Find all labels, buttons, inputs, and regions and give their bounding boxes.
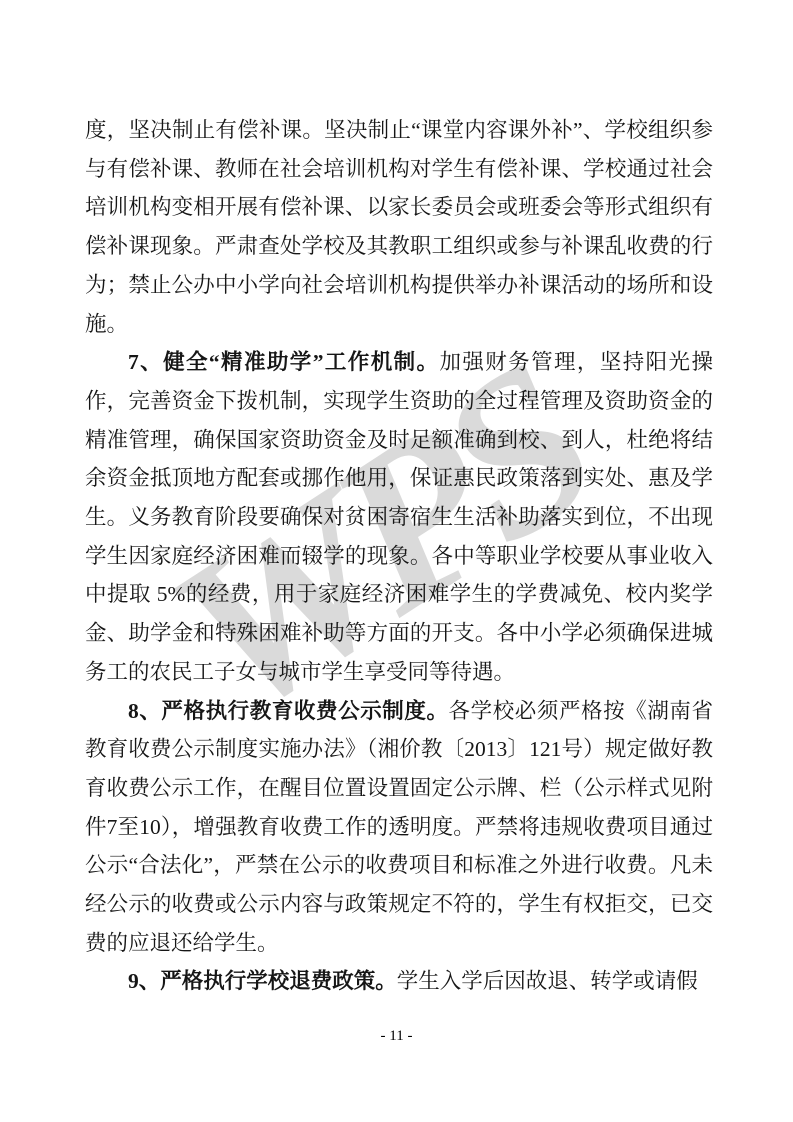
paragraph-lead: 7、健全“精准助学”工作机制。: [128, 350, 439, 374]
paragraph-text: 学生入学后因故退、转学或请假: [397, 969, 698, 993]
paragraph-lead: 8、严格执行教育收费公示制度。: [128, 699, 449, 723]
paragraph-continued: 度，坚决制止有偿补课。坚决制止“课堂内容课外补”、学校组织参与有偿补课、教师在社…: [85, 111, 713, 343]
paragraph-item-7: 7、健全“精准助学”工作机制。加强财务管理，坚持阳光操作，完善资金下拨机制，实现…: [85, 343, 713, 691]
paragraph-lead: 9、严格执行学校退费政策。: [128, 969, 397, 993]
paragraph-item-9: 9、严格执行学校退费政策。学生入学后因故退、转学或请假: [85, 962, 713, 1001]
page-number: - 11 -: [0, 1028, 793, 1045]
paragraph-text: 加强财务管理，坚持阳光操作，完善资金下拨机制，实现学生资助的全过程管理及资助资金…: [85, 350, 713, 684]
paragraph-text: 各学校必须严格按《湖南省教育收费公示制度实施办法》（湘价教〔2013〕121号）…: [85, 699, 713, 955]
paragraph-item-8: 8、严格执行教育收费公示制度。各学校必须严格按《湖南省教育收费公示制度实施办法》…: [85, 692, 713, 963]
document-body: 度，坚决制止有偿补课。坚决制止“课堂内容课外补”、学校组织参与有偿补课、教师在社…: [85, 111, 713, 1001]
paragraph-text: 度，坚决制止有偿补课。坚决制止“课堂内容课外补”、学校组织参与有偿补课、教师在社…: [85, 118, 713, 336]
document-page: WPS 度，坚决制止有偿补课。坚决制止“课堂内容课外补”、学校组织参与有偿补课、…: [0, 0, 793, 1122]
